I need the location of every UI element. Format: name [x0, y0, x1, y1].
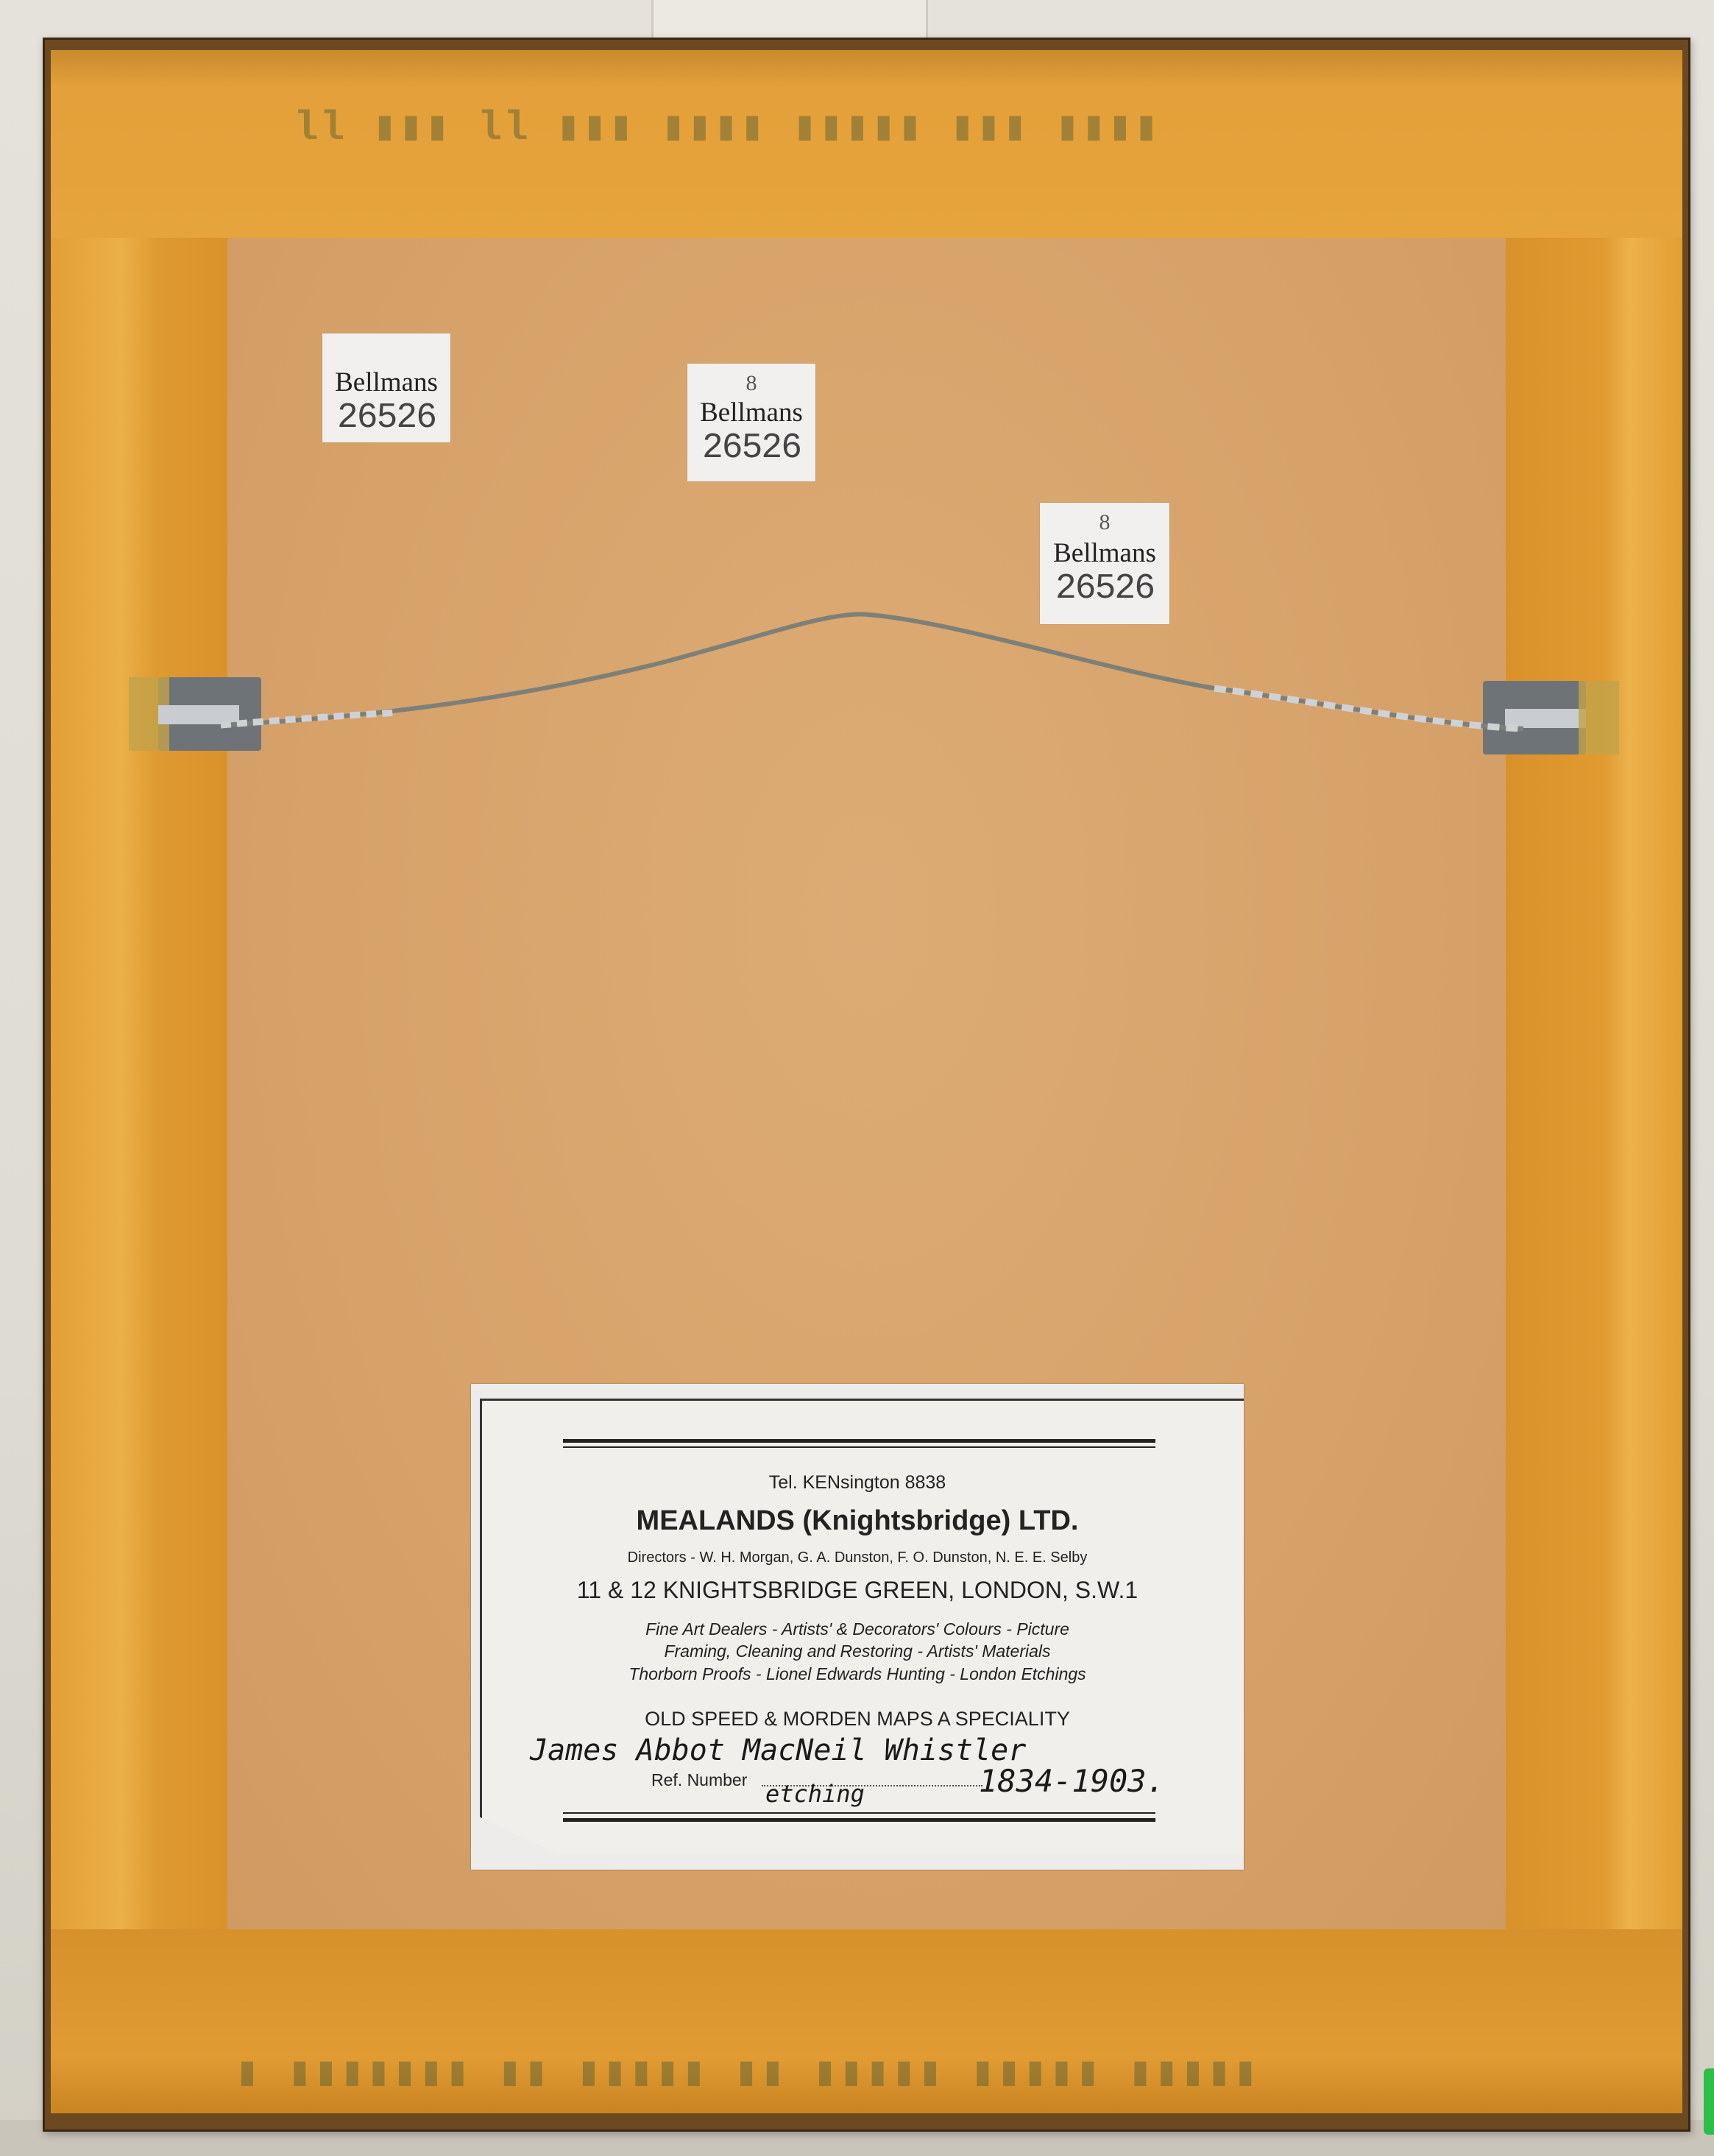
wall-post: [651, 0, 928, 38]
tape-tab-icon: [1579, 681, 1619, 754]
offset-print-bottom: ▮ ▮▮▮▮▮▮▮ ▮▮ ▮▮▮▮▮ ▮▮ ▮▮▮▮▮ ▮▮▮▮▮ ▮▮▮▮▮: [235, 2047, 1259, 2097]
hanger-bracket-left: [158, 677, 261, 751]
sticker-number: 26526: [687, 431, 815, 466]
handwritten-medium: etching: [765, 1780, 865, 1808]
label-telephone: Tel. KENsington 8838: [471, 1472, 1244, 1494]
sticker-brand: Bellmans: [687, 399, 815, 426]
handwritten-dates: 1834-1903.: [979, 1763, 1165, 1799]
auction-sticker-2: 8 Bellmans 26526: [687, 364, 815, 481]
green-tag-icon: [1704, 2068, 1714, 2135]
offset-print-top: ll ▮▮▮ ll ▮▮▮ ▮▮▮▮ ▮▮▮▮▮ ▮▮▮ ▮▮▮▮: [294, 102, 1160, 152]
framer-label: Tel. KENsington 8838 MEALANDS (Knightsbr…: [471, 1384, 1244, 1870]
label-ref-number: Ref. Number: [651, 1770, 747, 1790]
hanger-slot: [158, 705, 239, 724]
label-rule-bottom-thin: [563, 1812, 1155, 1814]
label-services-line-1: Fine Art Dealers - Artists' & Decorators…: [471, 1619, 1244, 1639]
label-services-line-2: Framing, Cleaning and Restoring - Artist…: [471, 1641, 1244, 1661]
auction-sticker-1: Bellmans 26526: [322, 333, 450, 442]
label-rule-top: [563, 1439, 1155, 1443]
tape-strip-bottom: ▮ ▮▮▮▮▮▮▮ ▮▮ ▮▮▮▮▮ ▮▮ ▮▮▮▮▮ ▮▮▮▮▮ ▮▮▮▮▮: [51, 1929, 1682, 2113]
tape-strip-left: [51, 238, 227, 1929]
sticker-lot-number: 8: [1040, 512, 1169, 534]
label-directors: Directors - W. H. Morgan, G. A. Dunston,…: [471, 1549, 1244, 1566]
sticker-brand: Bellmans: [322, 369, 450, 396]
label-address: 11 & 12 KNIGHTSBRIDGE GREEN, LONDON, S.W…: [471, 1577, 1244, 1604]
tape-strip-top: ll ▮▮▮ ll ▮▮▮ ▮▮▮▮ ▮▮▮▮▮ ▮▮▮ ▮▮▮▮: [51, 50, 1682, 238]
label-services-line-3: Thorborn Proofs - Lionel Edwards Hunting…: [471, 1664, 1244, 1684]
tape-strip-right: [1506, 238, 1682, 1929]
sticker-brand: Bellmans: [1040, 540, 1169, 567]
label-rule-bottom: [563, 1818, 1155, 1822]
sticker-number: 26526: [1040, 571, 1169, 607]
hanger-bracket-right: [1483, 681, 1586, 754]
label-rule-top-thin: [563, 1446, 1155, 1448]
label-company-name: MEALANDS (Knightsbridge) LTD.: [471, 1505, 1244, 1537]
auction-sticker-3: 8 Bellmans 26526: [1040, 503, 1169, 624]
sticker-lot-number: 8: [687, 372, 815, 395]
sticker-number: 26526: [322, 400, 450, 436]
hanger-slot: [1505, 709, 1586, 728]
handwritten-artist: James Abbot MacNeil Whistler: [530, 1733, 1026, 1767]
label-speciality: OLD SPEED & MORDEN MAPS A SPECIALITY: [471, 1708, 1244, 1731]
